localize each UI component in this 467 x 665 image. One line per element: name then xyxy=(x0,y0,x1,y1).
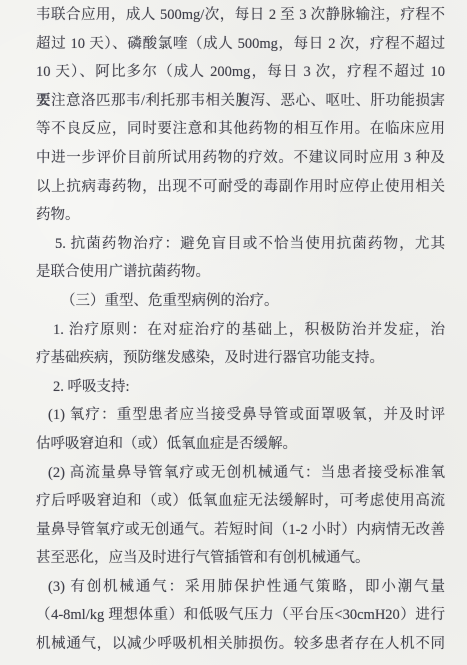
text-line: 中进一步评价目前所试用药物的疗效。不建议同时应用 3 种及 xyxy=(36,144,445,173)
text-line: 超过 10 天）、磷酸氯喹（成人 500mg，每日 2 次，疗程不超过 xyxy=(36,30,445,59)
text-line: 疗后呼吸窘迫和（或）低氧血症无法缓解时，可考虑使用高流 xyxy=(36,487,445,516)
text-line: 要注意洛匹那韦/利托那韦相关腹泻、恶心、呕吐、肝功能损害 xyxy=(36,87,445,116)
text-line: 韦联合应用，成人 500mg/次，每日 2 至 3 次静脉输注，疗程不 xyxy=(36,1,445,30)
text-line: 10 天）、阿比多尔（成人 200mg，每日 3 次，疗程不超过 10 天）。 xyxy=(36,58,445,87)
text-line: 量鼻导管氧疗或无创通气。若短时间（1-2 小时）内病情无改善 xyxy=(36,516,445,545)
text-line: (1) 氧疗：重型患者应当接受鼻导管或面罩吸氧，并及时评 xyxy=(36,401,445,430)
text-line: （4-8ml/kg 理想体重）和低吸气压力（平台压<30cmH20）进行 xyxy=(36,601,445,630)
text-line: (3) 有创机械通气：采用肺保护性通气策略，即小潮气量 xyxy=(36,573,445,602)
text-line: 2. 呼吸支持: xyxy=(36,373,445,402)
text-line: 以上抗病毒药物，出现不可耐受的毒副作用时应停止使用相关 xyxy=(36,173,445,202)
text-line: 是联合使用广谱抗菌药物。 xyxy=(36,258,445,287)
text-line: 估呼吸窘迫和（或）低氧血症是否缓解。 xyxy=(36,430,445,459)
text-line: 甚至恶化，应当及时进行气管插管和有创机械通气。 xyxy=(36,544,445,573)
text-line: 1. 治疗原则：在对症治疗的基础上，积极防治并发症，治 xyxy=(36,316,445,345)
text-line: 5. 抗菌药物治疗：避免盲目或不恰当使用抗菌药物，尤其 xyxy=(36,230,445,259)
text-line: 机械通气，以减少呼吸机相关肺损伤。较多患者存在人机不同 xyxy=(36,630,445,659)
text-line: (2) 高流量鼻导管氧疗或无创机械通气：当患者接受标准氧 xyxy=(36,459,445,488)
text-line: 疗基础疾病，预防继发感染，及时进行器官功能支持。 xyxy=(36,344,445,373)
text-line: 等不良反应，同时要注意和其他药物的相互作用。在临床应用 xyxy=(36,115,445,144)
text-line: （三）重型、危重型病例的治疗。 xyxy=(36,287,445,316)
document-page: 韦联合应用，成人 500mg/次，每日 2 至 3 次静脉输注，疗程不超过 10… xyxy=(0,0,467,665)
text-line: 药物。 xyxy=(36,201,445,230)
document-text-block: 韦联合应用，成人 500mg/次，每日 2 至 3 次静脉输注，疗程不超过 10… xyxy=(36,1,445,659)
